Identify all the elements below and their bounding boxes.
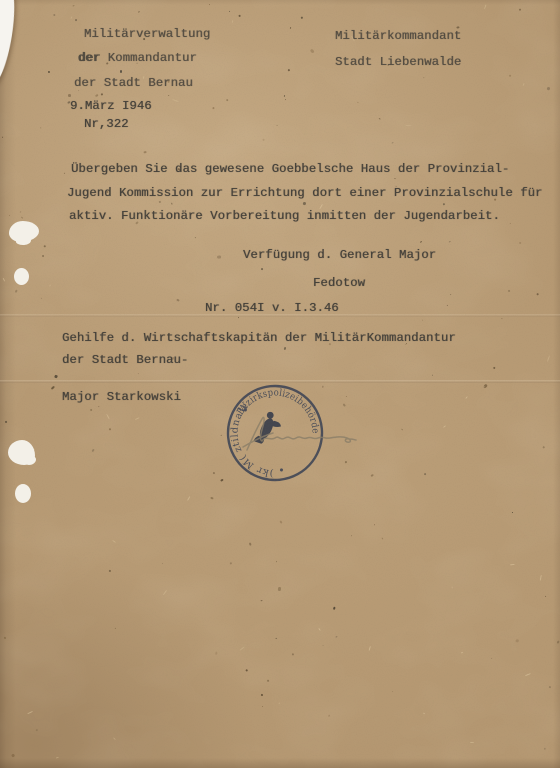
decree-reference-line: Nr. 054I v. I.3.46 [205, 302, 339, 314]
police-stamp: Bezirkspolizeibehörde )kr M( ztildnaW [195, 368, 395, 508]
paper-hole [16, 236, 31, 245]
paper-hole [24, 455, 36, 465]
header-right-line: Militärkommandant [335, 30, 461, 42]
stray-type-mark [120, 70, 122, 73]
overstruck-word: der [78, 51, 100, 65]
body-line: aktiv. Funktionäre Vorbereitung inmitten… [69, 210, 500, 222]
header-left-line-rest: Kommandantur [100, 51, 197, 65]
signatory-line: Major Starkowski [62, 391, 181, 403]
eagle-emblem [254, 411, 285, 449]
document-page: Militärverwaltung der Kommandantur der S… [0, 0, 560, 768]
body-line: Übergeben Sie das gewesene Goebbelsche H… [71, 163, 509, 175]
signoff-line: Gehilfe d. Wirtschaftskapitän der Militä… [62, 332, 456, 344]
header-right-line: Stadt Liebenwalde [335, 56, 461, 68]
body-line: Jugend Kommission zur Errichtung dort ei… [67, 187, 542, 199]
date-line: 9.März I946 [70, 100, 152, 112]
paper-hole [14, 268, 29, 285]
decree-name-line: Fedotow [313, 277, 365, 289]
decree-authority-line: Verfügung d. General Major [243, 249, 436, 261]
signoff-line: der Stadt Bernau- [62, 354, 188, 366]
paper-hole [15, 484, 31, 503]
stamp-separator-dot [280, 468, 284, 472]
curled-corner [0, 0, 20, 87]
reference-number-line: Nr,322 [84, 118, 129, 130]
header-left-line: Militärverwaltung [84, 28, 210, 40]
header-left-line: der Stadt Bernau [74, 77, 193, 89]
header-left-line: der Kommandantur [78, 52, 197, 64]
